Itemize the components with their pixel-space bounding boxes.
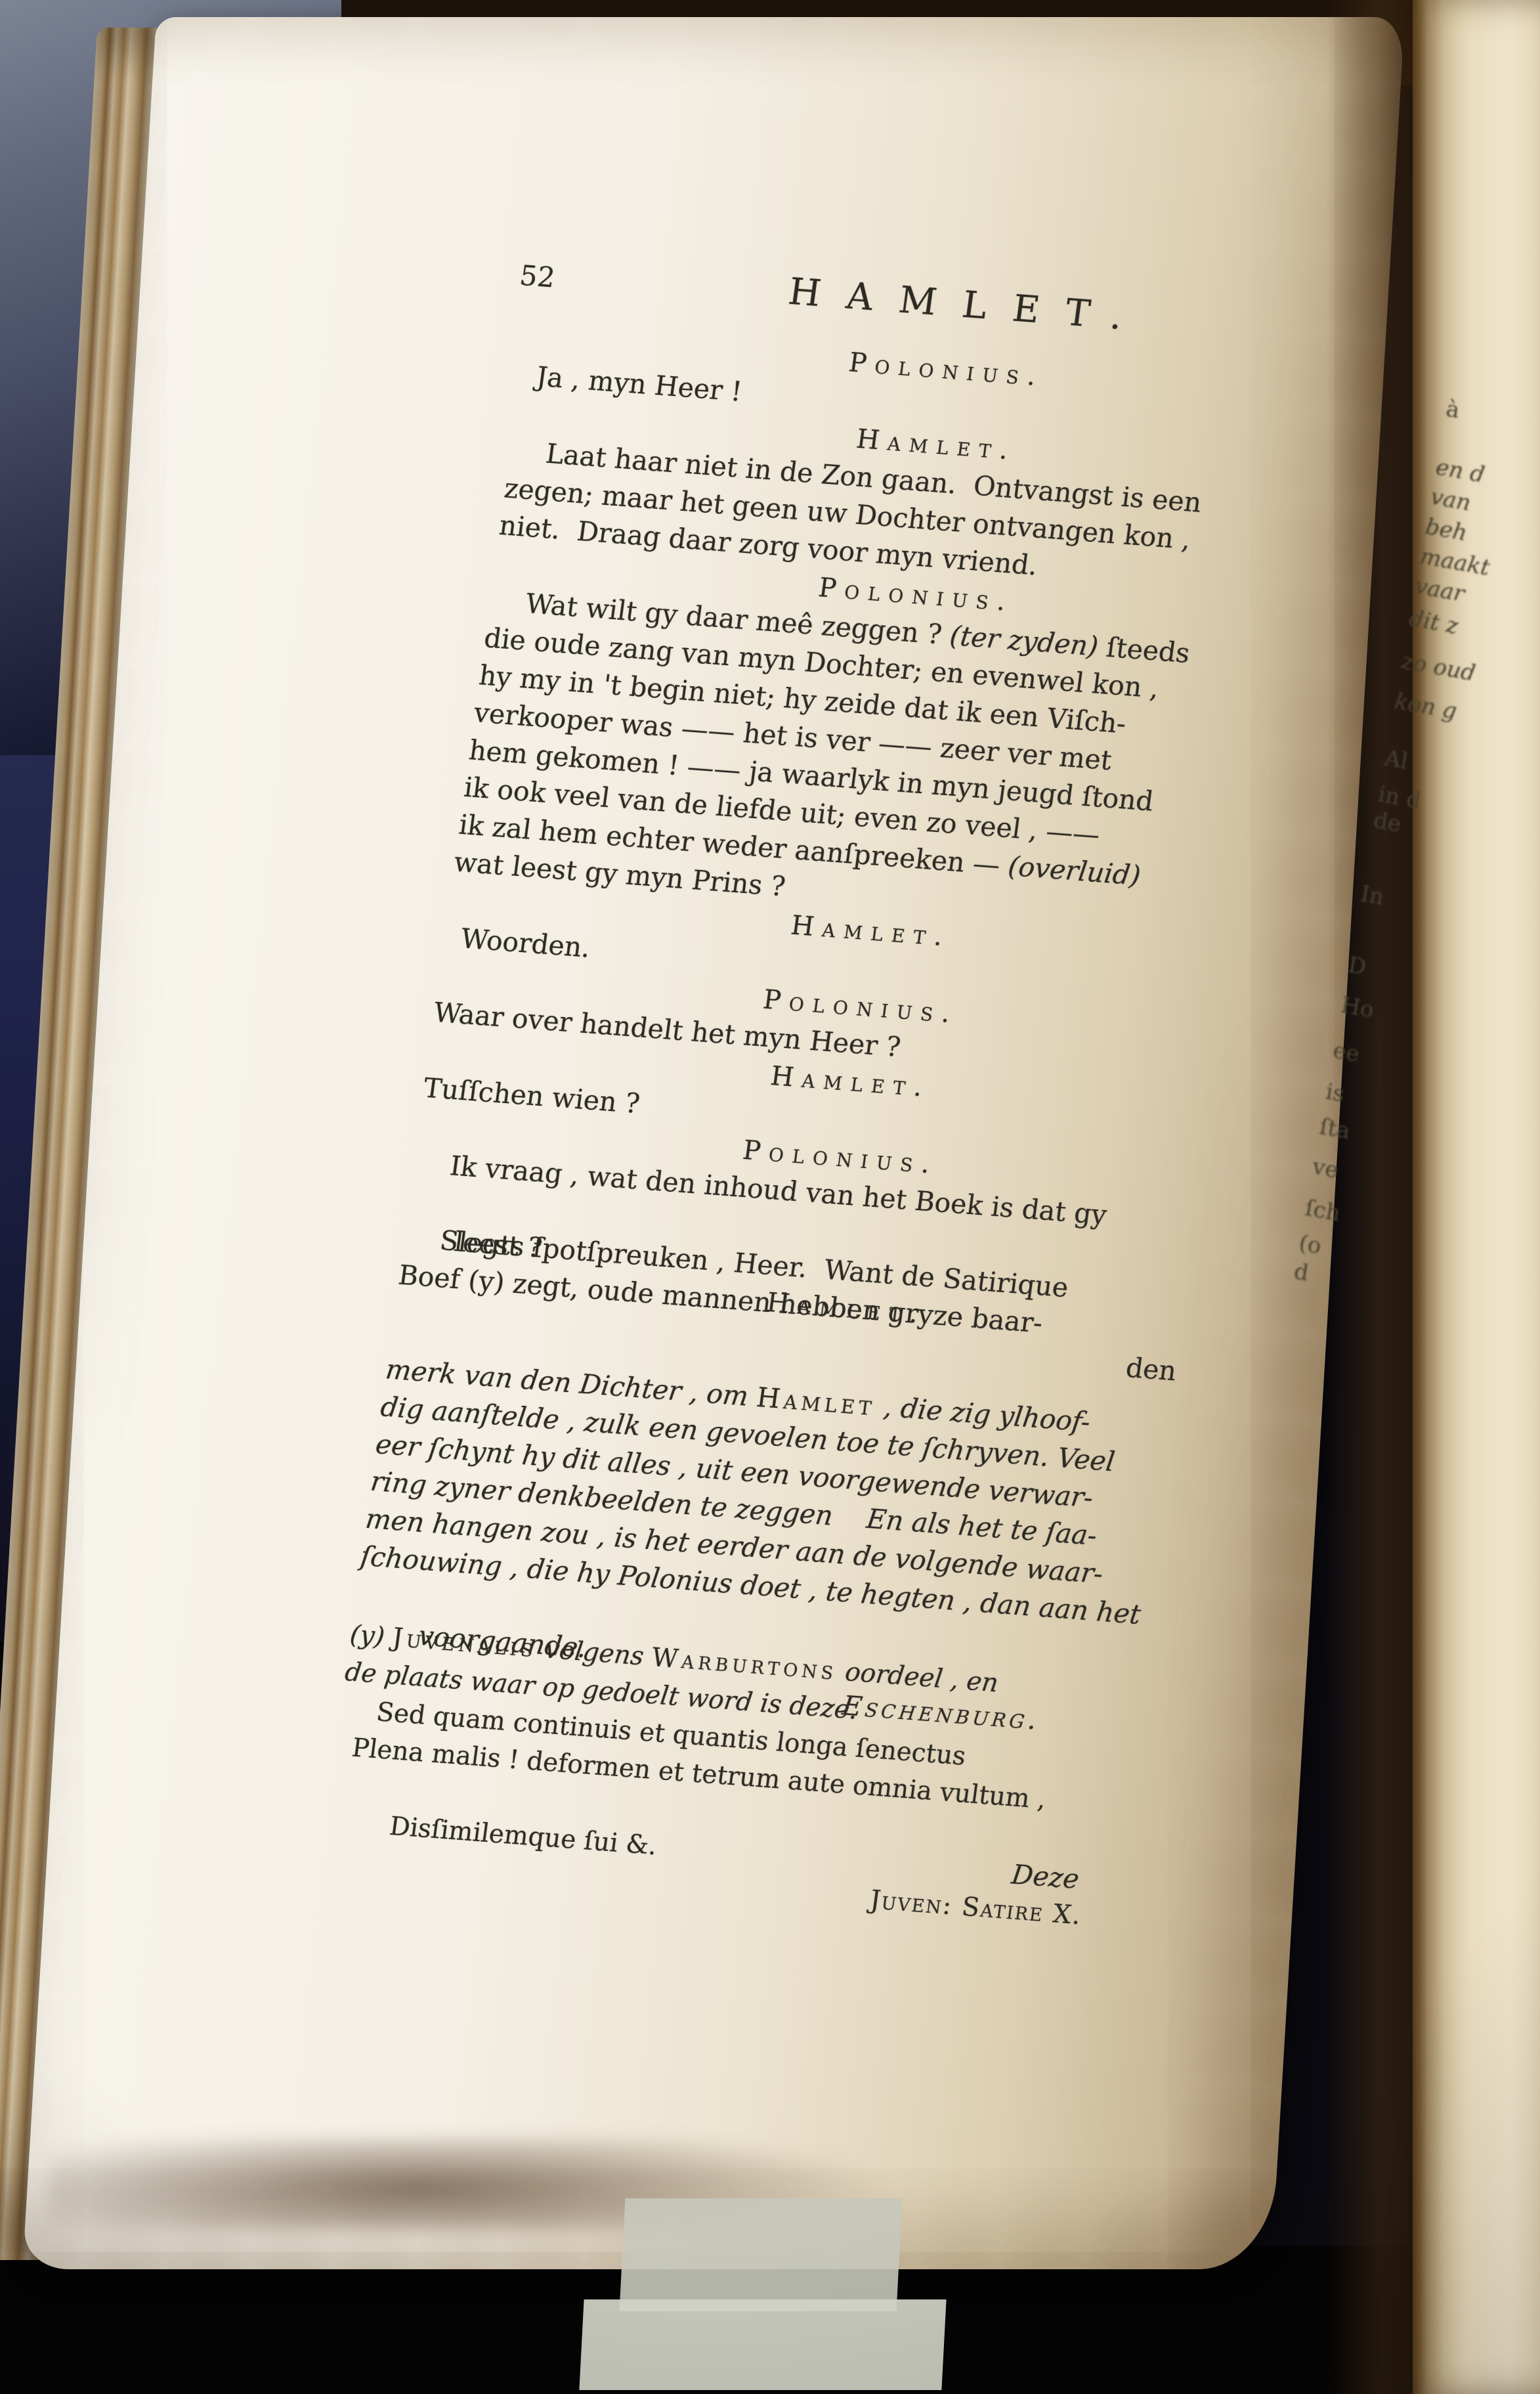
text-fragment: ſch xyxy=(1303,1195,1342,1227)
text-fragment: ſta xyxy=(1317,1114,1352,1144)
text-fragment: Ho xyxy=(1339,992,1376,1024)
text-fragment: beh xyxy=(1423,513,1469,546)
text-fragment: Al xyxy=(1382,745,1410,775)
text-fragment: In xyxy=(1359,881,1386,911)
text-fragment: ve xyxy=(1310,1154,1340,1184)
character-name: Hamlet xyxy=(755,1382,878,1422)
blur-patch xyxy=(579,2299,946,2390)
text-fragment: en d xyxy=(1434,454,1486,488)
book-page-left: 52 HAMLET. Polonius. Ja , myn Heer ! Ham… xyxy=(22,17,1405,2269)
text-fragment: is xyxy=(1323,1078,1346,1107)
page-text-block: 52 HAMLET. Polonius. Ja , myn Heer ! Ham… xyxy=(322,253,1328,1901)
text-fragment: van xyxy=(1428,483,1472,516)
text-fragment: de xyxy=(1371,807,1403,838)
book-page-right-sliver xyxy=(1413,0,1540,2394)
line-text: ſteeds xyxy=(1096,631,1192,669)
text-fragment: vaar xyxy=(1413,573,1466,607)
line-text: leest ? xyxy=(452,1226,544,1264)
text-fragment: kon g xyxy=(1392,688,1459,725)
text-fragment: à xyxy=(1444,396,1462,424)
text-fragment: (o xyxy=(1297,1230,1323,1259)
text-fragment: ee xyxy=(1331,1037,1362,1067)
line-text: Disſimilemque ſui &. xyxy=(388,1812,659,1861)
stage-direction: (overluid) xyxy=(1006,850,1143,892)
blur-patch xyxy=(619,2198,902,2311)
text-fragment: D xyxy=(1346,951,1368,980)
text-fragment: dit z xyxy=(1407,605,1461,640)
text-fragment: zo oud xyxy=(1400,648,1478,687)
text-fragment: d xyxy=(1292,1258,1310,1286)
commentary-note: merk van den Dichter , om Hamlet , die z… xyxy=(353,1351,1180,1672)
